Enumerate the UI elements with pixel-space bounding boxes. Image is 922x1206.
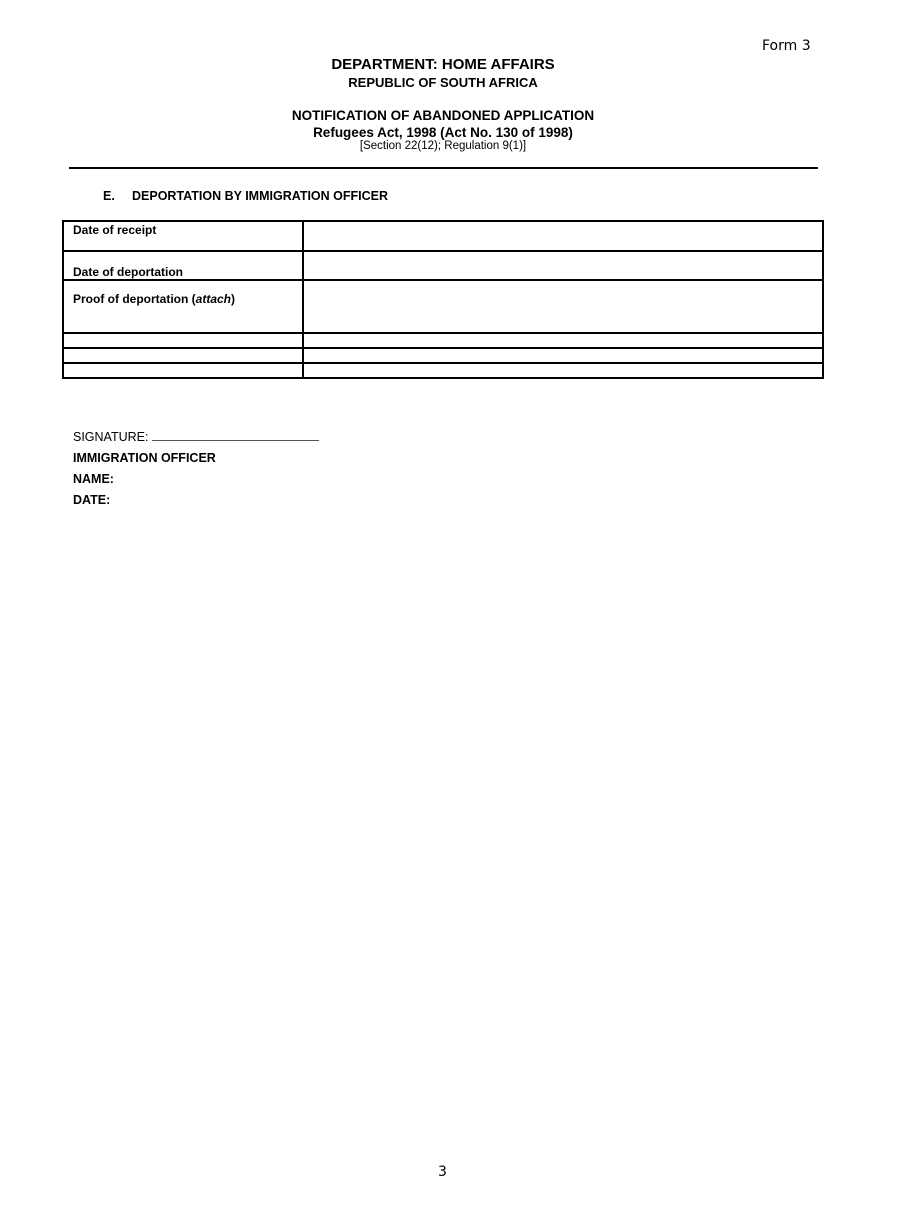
header-divider bbox=[69, 167, 818, 169]
blank-value-cell[interactable] bbox=[303, 363, 823, 378]
section-title: DEPORTATION BY IMMIGRATION OFFICER bbox=[132, 189, 388, 203]
row-label-proof-of-deportation: Proof of deportation (attach) bbox=[63, 280, 303, 333]
department-heading: DEPARTMENT: HOME AFFAIRS bbox=[0, 56, 886, 73]
blank-value-cell[interactable] bbox=[303, 333, 823, 348]
proof-of-deportation-field[interactable] bbox=[303, 280, 823, 333]
officer-role: IMMIGRATION OFFICER bbox=[73, 448, 319, 469]
blank-value-cell[interactable] bbox=[303, 348, 823, 363]
attach-note: attach bbox=[196, 292, 231, 306]
blank-label-cell[interactable] bbox=[63, 348, 303, 363]
signature-line[interactable] bbox=[152, 430, 319, 441]
date-of-deportation-field[interactable] bbox=[303, 251, 823, 280]
section-regulation-reference: [Section 22(12); Regulation 9(1)] bbox=[0, 140, 886, 152]
table-row bbox=[63, 363, 823, 378]
section-heading: E.DEPORTATION BY IMMIGRATION OFFICER bbox=[103, 189, 388, 203]
table-row: Proof of deportation (attach) bbox=[63, 280, 823, 333]
table-row bbox=[63, 348, 823, 363]
table-row: Date of deportation bbox=[63, 251, 823, 280]
name-label: NAME: bbox=[73, 469, 319, 490]
republic-heading: REPUBLIC OF SOUTH AFRICA bbox=[0, 75, 886, 90]
blank-label-cell[interactable] bbox=[63, 363, 303, 378]
form-title: NOTIFICATION OF ABANDONED APPLICATION bbox=[0, 108, 886, 123]
signature-row: SIGNATURE: bbox=[73, 427, 319, 448]
form-number: Form 3 bbox=[762, 38, 811, 54]
deportation-table: Date of receipt Date of deportation Proo… bbox=[62, 220, 824, 379]
date-label: DATE: bbox=[73, 490, 319, 511]
table-row: Date of receipt bbox=[63, 221, 823, 251]
section-letter: E. bbox=[103, 189, 132, 203]
row-label-date-of-deportation: Date of deportation bbox=[63, 251, 303, 280]
table-row bbox=[63, 333, 823, 348]
signature-label: SIGNATURE: bbox=[73, 430, 148, 444]
page-number: 3 bbox=[438, 1164, 447, 1180]
act-reference: Refugees Act, 1998 (Act No. 130 of 1998) bbox=[0, 125, 886, 140]
date-of-receipt-field[interactable] bbox=[303, 221, 823, 251]
blank-label-cell[interactable] bbox=[63, 333, 303, 348]
row-label-date-of-receipt: Date of receipt bbox=[63, 221, 303, 251]
signature-block: SIGNATURE: IMMIGRATION OFFICER NAME: DAT… bbox=[73, 427, 319, 511]
